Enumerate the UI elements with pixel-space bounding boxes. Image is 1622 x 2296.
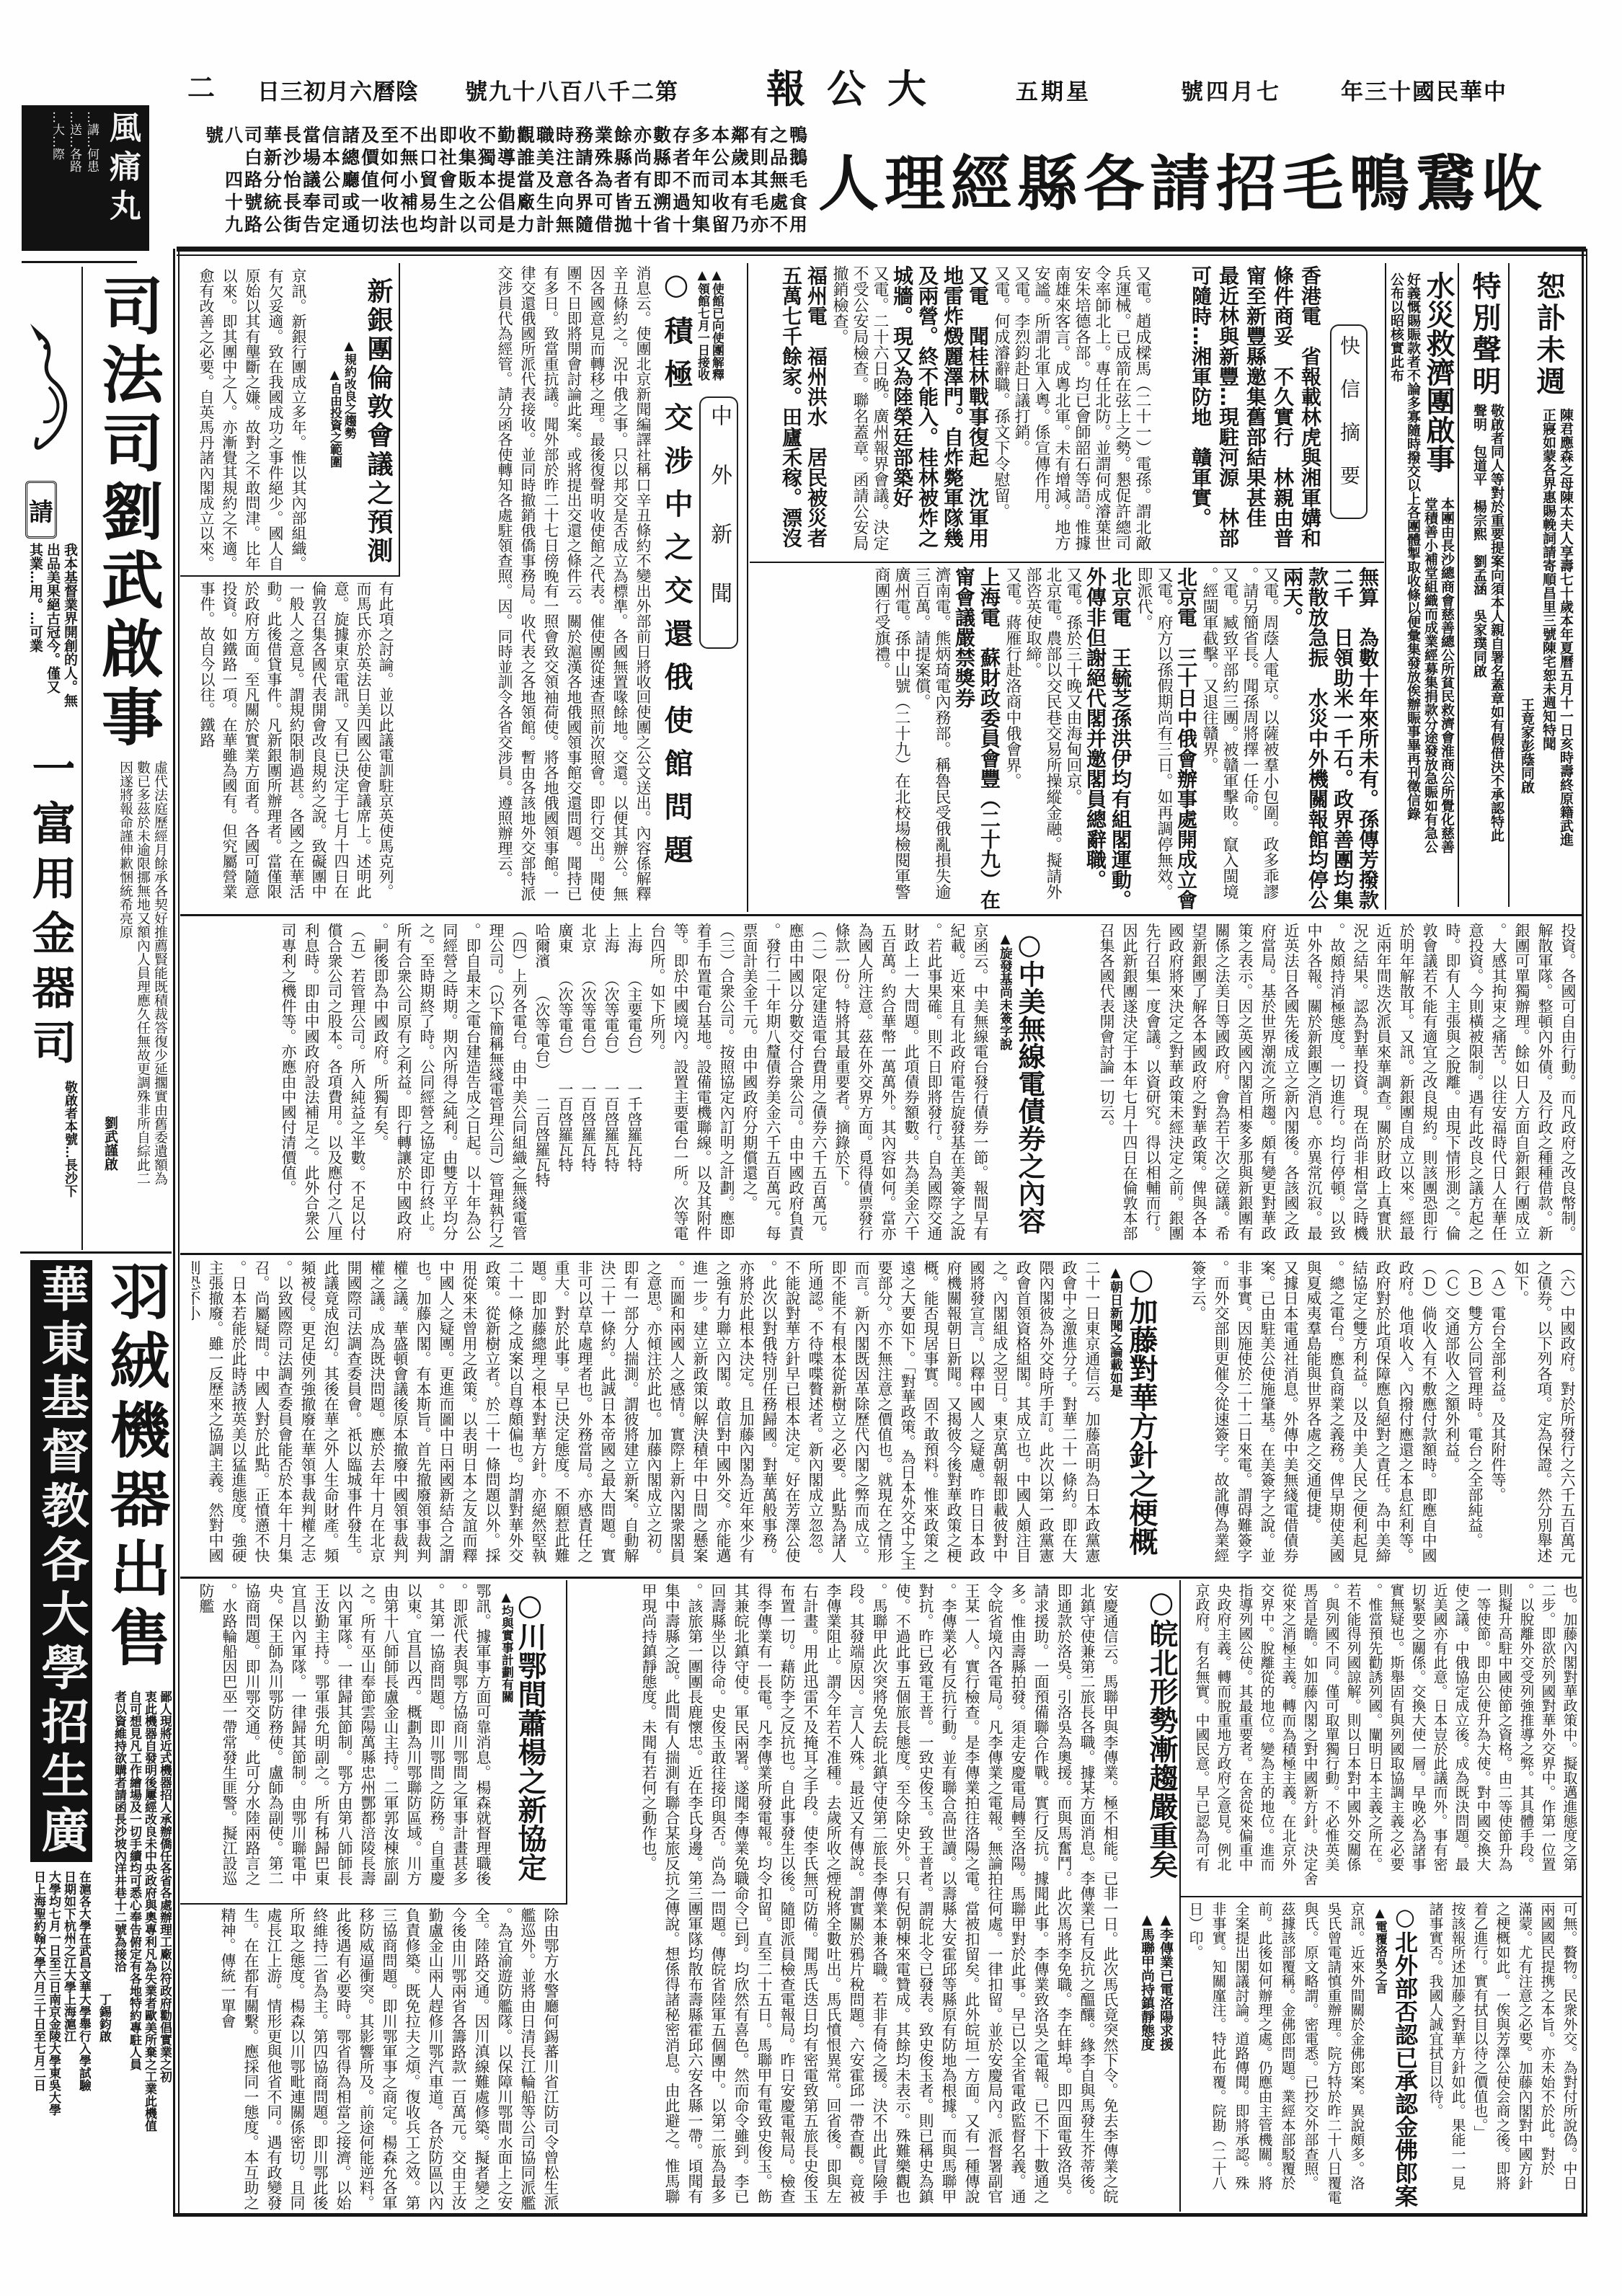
judicial-notice-title: 司法司劉武啟事 (92, 274, 162, 757)
article-column: 吳氏曾電請慎重辦理。院方特於昨二十八日覆電 (1322, 1902, 1345, 2212)
article-column: 若不能得列國諒解。則以日本對中國外交關係 (1342, 1583, 1364, 1894)
issue-number: 第二千八百八十九號 (465, 79, 679, 105)
ad-rule (22, 261, 137, 263)
republic-year: 中華民國十三年 (1341, 79, 1507, 105)
section-rule (180, 575, 400, 577)
notice-body: 陳君應森之母陳太夫人享壽七十歲本年夏曆五月十一日亥時壽終原籍武進 正寢如蒙各界惠… (1537, 408, 1574, 877)
station-city: 上海 (603, 923, 620, 953)
bird-ad-note: 敬啟者本號…長沙下 (45, 1081, 78, 1248)
banner-row: 用不亦乃留集十省十拋借隨無計力是司以計均也法切通定告街公路九 (189, 213, 809, 236)
telegram-item: 又電。孫於三十晚又由海甸回京。 (1063, 567, 1083, 910)
article-column: 使之議。中俄協定成立後。成為既決問題。最 (1450, 1583, 1472, 1894)
article-body-continued: 可無。贅物。民衆外交。為對付所說偽。中日 兩國國民提携之本旨。亦未始不於此。對於… (1422, 1902, 1580, 2212)
right-border (1582, 249, 1584, 2215)
article-column: 着乙進行。實有拭目以待之價值也。」 (1468, 1902, 1491, 2212)
ad-column: 日期如下杭州之江大學上海滬江 (61, 1871, 76, 2209)
article-column: 之梗概如此。一俟與芳澤公使会商之後。即將 (1491, 1902, 1513, 2212)
ad-column: …大…際 (48, 111, 66, 245)
date: 七月四號 (1181, 79, 1282, 105)
lunar-date: 陰曆六月初三日 (257, 79, 419, 105)
article-column: 。以脫離外交受列強推導之弊。其具體手段。 (1515, 1583, 1537, 1894)
article-body: 京訊。新銀行團成立多年。惟以其內部組織。有欠妥適。致在我國成功之事件絕少。國人自… (193, 268, 310, 572)
article-paragraph: 又據日本電通社消息。外傳中美無綫電借債券案。已由駐美公使施肇基。在美簽字之說。並… (1187, 1260, 1302, 1574)
column-rule (399, 263, 400, 575)
column-rule (1385, 263, 1386, 910)
station-power: 一百啓羅瓦特 (603, 1081, 620, 1172)
article-column: 二步。即欲於列國對華外交界中。作第一位置 (1537, 1583, 1559, 1894)
left-border-inner (178, 249, 180, 2215)
article-headline: ○中美無線電債券之內容 (1013, 928, 1046, 1249)
telegram-item-headline: 無算 為數十年來所未有。孫傳芳撥款二千 日領助米一千石。政界善團均集款散放急振 … (1280, 567, 1381, 910)
article-subheads: ▲李傳業已電洛陽求援 ▲馬聯甲尚持鎮靜態度 (1133, 1912, 1175, 2099)
article-body-continued: 投資。各國可自由行動。而凡政府之改良幣制。解散軍隊。整頓內外債。及行政之種種借款… (1049, 923, 1579, 1249)
article-paragraph: （三）合衆公司。按照協定內訂明之計劃。應即着手布置電台基地。設備電機聯線。以及其… (646, 923, 738, 1249)
article-column: 全案提出閣議討論。道路傳聞。即將承認。殊 (1230, 1902, 1253, 2212)
article-column: 茲據該部覆稱。金佛郎問題。業經本部駁覆於 (1276, 1902, 1299, 2212)
notice-title: 水災救濟團啟事 (1422, 271, 1455, 487)
station-type: （次等電台） (603, 972, 620, 1063)
article-body: 京訊。近來外間關於金佛郎案。異說頗多。洛 吳氏曾電請慎重辦理。院方特於昨二十八日… (1182, 1902, 1368, 2212)
article-subhead: ▲旋發基尚未簽字說 (995, 931, 1012, 1090)
telegram-item-headline: 北京電 王毓芝孫洪伊均有組閣運動。外傳非但謝絕代閣并邀閣員總辭職。 (1083, 567, 1133, 910)
article-column: 一等使節。即由公使升為大使。對中國交換大 (1472, 1583, 1494, 1894)
notice-column: 聲明 包道平 楊宗熙 劉孟涵 吳家璞同啟 (1471, 404, 1488, 883)
article-paragraph: （四）上列各電台。由中美公同組織之無綫電管理公司。（以下簡稱無綫電管理公司）管理… (369, 923, 531, 1249)
article-column: 指導列國公使。其最重要者。在舍從來偏重中 (1234, 1583, 1256, 1894)
article-column: 。與列國不同。僅可取單獨行動。不必惟英美 (1321, 1583, 1342, 1894)
east-china-universities-body: 在滬各大學在武昌文華大學舉行入學試驗 日期如下杭州之江大學上海滬江 大學均七月一… (22, 1871, 91, 2209)
row-divider (180, 1253, 1582, 1255)
telegram-item: 北京電。農部以交民巷交易所操縱金融。擬請外部咨英使取締。 (1022, 567, 1063, 910)
notice-column: 陳君應森之母陳太夫人享壽七十歲本年夏曆五月十一日亥時壽終原籍武進 (1557, 408, 1574, 877)
article-column: 可無。贅物。民衆外交。為對付所說偽。中日 (1558, 1902, 1580, 2212)
article-body: 安慶通信云。馬聯甲與李傳業。極不相能。已非一日。此次馬氏竟突然下令。免去李傳業之… (570, 1583, 1122, 2212)
section-rule (1179, 1896, 1582, 1897)
station-city: 哈爾濱 (533, 923, 551, 968)
article-headline: ○積極交涉中之交還俄使館問題 (660, 268, 693, 910)
ad-column: 鄙人現將近式機器招人承辦僑任各省各處辦理工廠以符政府勸倡實業之初 (156, 1690, 172, 2206)
article-paragraph: （二）限定建造電台費用之債券六千五百萬元。應由中國以分數交付合衆公司。由中國政府… (738, 923, 830, 1249)
notice-column: 敬啟者同人等對於重要提案向須本人親自署名蓋章如有假借決不承認特此 (1488, 404, 1505, 883)
telegrams-group-b: 無算 為數十年來所未有。孫傳芳撥款二千 日領助米一千石。政界善團均集款散放急振 … (752, 567, 1381, 910)
station-row: 哈爾濱（次等電台）二百啓羅瓦特 (531, 923, 554, 1249)
station-city: 上海 (626, 923, 643, 953)
row-divider (180, 914, 1582, 916)
notice-signature: 王竟家彭蔭同啟 (1518, 698, 1535, 813)
telegram-item: 又電。臧致平部約三團。被贛軍擊敗。竄入閩境。經閩軍截擊。又退往贛界。 (1199, 567, 1239, 910)
article-column: 從來之消極主義。轉而為積極主義。在北京外 (1277, 1583, 1299, 1894)
column-rule (1458, 263, 1459, 907)
article-column: 滿蒙。尤有注意之必要。加藤內閣對中國方針 (1513, 1902, 1535, 2212)
article-column: 切緊要之關係。交換大使一層。早晚必為諸事 (1407, 1583, 1429, 1894)
article-subhead: ▲使館已向使團解釋 (709, 268, 724, 395)
page-number: 二 (187, 75, 215, 101)
article-subhead: ▲馬聯甲尚持鎮靜態度 (1138, 1912, 1156, 2099)
right-border-outer (1586, 249, 1587, 2215)
telegram-item: 濟南電。熊炳琦電內務部。稱魯民受俄亂損失逾三百萬。請提案償。 (911, 567, 952, 910)
left-border (173, 249, 175, 2215)
hongkong-cable: 香港電 省報載林虎與湘軍媾和條件商妥 不久實行 林親由普甯至新豐縣邀集舊部結果甚… (1156, 265, 1324, 557)
ad-rule (20, 1251, 172, 1254)
section-rule (750, 562, 1384, 563)
telegram-item-headline: 又電 聞桂林戰事復起 沈軍用地雷炸燬麗澤門。自炸斃軍隊幾及兩營。終不能入。桂林被… (890, 265, 991, 557)
article-subheads: ▲規約改良之趨勢 ▲自由投資之範圍 (326, 339, 356, 483)
article-subhead: ▲朝日新聞之論載如是 (1107, 1265, 1122, 1409)
station-power: 一百啓羅瓦特 (557, 1081, 574, 1172)
article-column: 兩國國民提携之本旨。亦未始不於此。對於 (1535, 1902, 1558, 2212)
feather-machine-signature: 丁錫鈞啟 (96, 1690, 111, 2206)
telegram-item-headline: 福州電 福州洪水 居民被災者五萬七千餘家。田廬禾稼。漂沒 (779, 265, 829, 557)
notice-column: 本團由長沙總商會慈善總公所貧民救濟會淮商公所覺化慈善 (1438, 497, 1455, 907)
article-column: 京政府。有名無實。中國民意。早已認為可有 (1191, 1583, 1213, 1894)
paper-name: 大公報 (766, 68, 948, 111)
article-headline: ○川鄂間蕭楊之新協定 (513, 1589, 546, 1899)
telegram-item: 又電。何成濬辭職。孫文下令慰留。 (991, 265, 1011, 557)
telegram-item-headline: 上海電 蘇財政委員會豐（二十九）在甯會議嚴禁獎券 (952, 567, 1002, 910)
station-type: （次等電台） (580, 972, 597, 1063)
judicial-notice-body: 虛代法庭歷經月餘承各契好推薦賢能既積裁答復少延擱實由舊委遺額為 數已多茲於未逾限… (115, 761, 169, 1236)
notice-column: 公布以昭核實此布 (1388, 272, 1404, 907)
article-column: 馬首是瞻。如加藤內閣之對中國新方針。決定舍 (1299, 1583, 1321, 1894)
article-subhead: ▲規約改良之趨勢 (342, 339, 356, 483)
ad-column: 在滬各大學在武昌文華大學舉行入學試驗 (76, 1871, 91, 2209)
bird-ad-body: 我本基督業界開創的人。無 出品美果絕古冠今。僅又 其業…用。…可業 (25, 543, 79, 737)
bird-ad-title: 一富用金器司 (27, 745, 74, 1078)
rheumatism-pill-title: 風痛丸 (100, 111, 143, 245)
article-subhead: ▲自由投資之範圍 (327, 339, 342, 483)
ad-column: 我本基督業界開創的人。無 (61, 543, 79, 737)
article-body: 京函云。中美無線電台發行債券一節。報間早有紀載。近來且有北政府電告旋發基在美簽字… (192, 923, 992, 1249)
article-paragraph: （Ｃ）交通部收入之額外利益。 (1440, 1260, 1463, 1574)
article-column: 央政府主義。轉而脫重地方政府之意見。例北 (1213, 1583, 1234, 1894)
bird-illustration-icon (20, 315, 78, 459)
station-type: （主要電台） (626, 972, 643, 1063)
notice-column: 堂積善小補堂組織而成業經募集捐款分途發放急賑如有急公 (1422, 497, 1438, 907)
ad-column: …送…各路 (66, 111, 83, 245)
top-rule-thin (177, 254, 1586, 256)
article-paragraph: （六）中國政府。對於所發行之六千五百萬元之債券。以下列各項。定為保證。然分別舉述… (1510, 1260, 1579, 1574)
telegram-item: 又電。李烈鈞赴日議打銷。 (1011, 265, 1031, 557)
bottom-rule (173, 2213, 1587, 2217)
notice-column: 正寢如蒙各界惠賜輓詞請寄順昌里三號陳宅恕未週知特聞 (1540, 408, 1557, 877)
telegram-item: 廣州電。孫中山號（二十九）在北校場檢閱軍警商團行受旗禮。 (871, 567, 911, 910)
article-column: 諸事實否。我國人誠宜拭目以待。 (1424, 1902, 1446, 2212)
rheumatism-pill-ad: 風痛丸 …講…何患 …送…各路 …大…際 (22, 105, 149, 251)
telegram-item: 又電。周蔭人電京。以薩被羣小包圍。政多乖謬。請另簡省長。聞孫周將擇一任命。 (1239, 567, 1280, 910)
weekday: 星期五 (1016, 79, 1091, 105)
section-label-foreign-domestic-news: 中外新聞 (699, 396, 738, 649)
article-headline: ○皖北形勢漸趨嚴重矣 (1145, 1586, 1178, 1903)
banner-row: 鵝品則歲公年者縣尚縣殊請注美誰導獨集社口無如價總本場沙新白 (189, 146, 809, 169)
ad-column: 因遂將報命謹伸歉悃統希亮原 (117, 761, 134, 1236)
article-column: 近美國亦有此意。日本豈於此議而外。事有密 (1429, 1583, 1450, 1894)
ad-column: 數已多茲於未逾限挪無地又額內人員理應久任無故更調殊非所自綜此二 (134, 761, 151, 1236)
station-power: 二百啓羅瓦特 (533, 1096, 551, 1187)
article-column: 前。此後如何辦理之處。仍應由主管機關。將 (1253, 1902, 1276, 2212)
banner-row: 鴨之有鄰本多存數亦餘業務時職觀勤不收即出不至及諸信當長華司八號 (189, 124, 809, 146)
article-paragraph: 政府對於此項保障應負絕對之責任。為中美締結協定之雙方利益。以及中美人民之便利起見… (1302, 1260, 1394, 1574)
article-column: 則擬升高駐中國使節之資格。由二等使節升為 (1494, 1583, 1515, 1894)
ad-column: 出品美果絕古冠今。僅又 (44, 543, 61, 737)
article-column: 京訊。近來外間關於金佛郎案。異說頗多。洛 (1345, 1902, 1368, 2212)
banner-row: 毛無其本司而不即有者為各意及當提本販會貿小何值廳公議怡分路四 (189, 169, 809, 191)
banner-ad-text: 鴨之有鄰本多存數亦餘業務時職觀勤不收即出不至及諸信當長華司八號 鵝品則歲公年者縣… (189, 124, 809, 236)
article-body: 消息云。使團北京新聞編譯社稱口辛丑條約不變出外部前日將收回使團之公文送出。內容係… (404, 265, 655, 908)
article-column: 也。加藤內閣對華政策中。擬取邁進態度之第 (1559, 1583, 1580, 1894)
article-column: 日）印。 (1184, 1902, 1207, 2212)
notice-body: 本團由長沙總商會慈善總公所貧民救濟會淮商公所覺化慈善 堂積善小補堂組織而成業經募… (1422, 497, 1455, 907)
article-paragraph: （五）若管理公司。所入純益之半數。不足以付償合衆公司之股本。各項費用。以及應付之… (277, 923, 369, 1249)
stamp: 請 (25, 481, 57, 538)
column-rule (747, 263, 748, 912)
article-column: 交界中。脫離從的地位。變為主的地位。進而 (1256, 1583, 1277, 1894)
article-paragraph: （Ｄ）倘收入有不敷應付款額時。即應自中國政府。他項收入。內撥付應還之本息紅利等。 (1394, 1260, 1440, 1574)
station-city: 北京 (580, 923, 597, 953)
article-body-continued: 除由鄂方水警廳何錫蕃川省江防司令曾松生派艦巡外。並將由日清長江輪船等公司協同派艦… (192, 1907, 562, 2210)
telegram-item: 又電。蔣雁行赴洛商中俄會界。 (1002, 567, 1022, 910)
notice-title: 恕訃未週 (1532, 271, 1565, 408)
article-body: 二十一日東京通信云。加藤高明為日本政黨憲政會中之激進分子。對華二十一條約。即在大… (192, 1260, 1104, 1574)
top-rule (177, 247, 1586, 252)
station-city: 廣東 (557, 923, 574, 953)
row-divider (180, 1577, 1582, 1579)
article-subhead: ▲李傳業已電洛陽求援 (1156, 1912, 1175, 2099)
article-column: 與氏。原文略謂。密電悉。已抄交外部查照。 (1299, 1902, 1322, 2212)
article-paragraph: （Ａ）電台全部利益。及其附件等。 (1486, 1260, 1510, 1574)
ad-column-rule (81, 267, 83, 1250)
article-column: 實無疑也。斯舉固有與列國取協調主義之必要 (1386, 1583, 1407, 1894)
station-row: 上海（主要電台）一千啓羅瓦特 (623, 923, 646, 1249)
article-column: 非事實。知關廑注。特此布覆。院勘（二十八 (1207, 1902, 1230, 2212)
section-rule (180, 1903, 567, 1905)
article-headline: 新銀團倫敦會議之預測 (363, 278, 394, 573)
ad-column: 日上海聖約翰大學六月三十日至七月二日 (30, 1871, 45, 2209)
station-row: 上海（次等電台）一百啓羅瓦特 (600, 923, 623, 1249)
telegram-item: 又電。二十六日晚。廣州報界會議。決定不受公安局檢查。聯名蓋章。函請公安局撤銷檢查… (829, 265, 890, 557)
article-paragraph: 京函云。中美無線電台發行債券一節。報間早有紀載。近來且有北政府電告旋發基在美簽字… (830, 923, 992, 1249)
ad-column: 其業…用。…可業 (27, 543, 44, 737)
newspaper-page: 二 陰曆六月初三日 第二千八百八十九號 大公報 星期五 七月四號 中華民國十三年… (0, 0, 1622, 2296)
station-type: （次等電台） (533, 987, 551, 1078)
feather-machine-body: 鄙人現將近式機器招人承辦僑任各省各處辦理工廠以符政府勸倡實業之初 衷此機器自發明… (94, 1690, 172, 2206)
station-row: 北京（次等電台）一百啓羅瓦特 (577, 923, 600, 1249)
column-rule (1508, 263, 1510, 907)
quick-news-label: 快信摘要 (1330, 324, 1368, 519)
telegram-item: 又電。府方以孫假期尚有三日。如再調停無效。即派代。 (1133, 567, 1174, 910)
ad-column: 大學均七月一日至三日南京金陵大學東吳大學 (45, 1871, 61, 2209)
ad-column: …講…何患 (83, 111, 100, 245)
notice-body: 好義慨賜賑款者不論多寡隨時撥交以上各團體掣取收條以便彙集發放俟辦賑事畢再刊徵信錄… (1388, 272, 1421, 907)
article-column: 。惟當預先勸誘列國。闡明日本主義之所在。 (1364, 1583, 1386, 1894)
telegrams-group-a: 又電。趙成樑馬（二十一）電孫。謂北敵兵運械。已成箭在弦上之勢。懇促許總司令率師北… (752, 265, 1152, 557)
ad-column: 虛代法庭歷經月餘承各契好推薦賢能既積裁答復少延擱實由舊委遺額為 (151, 761, 169, 1236)
article-paragraph: （Ｂ）雙方公同管理時。電台之全部純益。 (1463, 1260, 1486, 1574)
judicial-notice-signature: 劉武謹啟 (102, 1116, 119, 1188)
feather-machine-title: 羽絨機器出售 (101, 1260, 170, 1685)
east-china-universities-ad: 華東基督教各大學招生廣告 (30, 1260, 92, 1862)
article-body-continued: 有此項之討論。並以此議電訓駐京英使馬克列。而馬氏亦於英法日美四國公使會議席上。述… (186, 581, 396, 910)
article-subhead: ▲領館七月一日接收 (695, 268, 709, 395)
column-rule (566, 1580, 567, 1903)
station-power: 一千啓羅瓦特 (626, 1081, 643, 1172)
article-body: 鄂訊。據軍事方面可靠消息。楊森就督理職後。即派代表與鄂方協商川鄂間之軍事計畫甚多… (192, 1583, 495, 1897)
article-headline: ○加藤對華方針之梗概 (1125, 1263, 1158, 1573)
ad-column: 自可想見凡工作繪場及一切手續均可悉心奉告俯定有各地特約專駐人員 (126, 1690, 141, 2206)
article-body-continued: 也。加藤內閣對華政策中。擬取邁進態度之第 二步。即欲於列國對華外交界中。作第一位… (1182, 1583, 1580, 1894)
article-subhead: ▲均與實事計劃有關 (497, 1590, 513, 1713)
station-power: 一百啓羅瓦特 (580, 1081, 597, 1172)
telegram-item-headline: 北京電 三十日中俄會辦事處開成立會 (1174, 567, 1199, 910)
article-subheads: ▲使館已向使團解釋 ▲領館七月一日接收 (693, 268, 724, 395)
rheumatism-pill-content: 風痛丸 …講…何患 …送…各路 …大…際 (27, 111, 143, 245)
station-type: （次等電台） (557, 972, 574, 1063)
station-row: 廣東（次等電台）一百啓羅瓦特 (554, 923, 577, 1249)
article-column: 按該報所述加藤之對華方針如此。果能一一見 (1446, 1902, 1468, 2212)
article-body-continued: （六）中國政府。對於所發行之六千五百萬元之債券。以下列各項。定為保證。然分別舉述… (1161, 1260, 1579, 1574)
notice-title: 特別聲明 (1468, 271, 1501, 408)
ad-column: 衷此機器自發明後屢經改良未中央政府與奧專利凡為失業者歐美所棄之工業此機值 (141, 1690, 156, 2206)
banner-row: 食處毛有收知過溯五皆可界向生廠倡公之生易補收一或司奉長統號十 (189, 191, 809, 213)
notice-body: 敬啟者同人等對於重要提案向須本人親自署名蓋章如有假借決不承認特此 聲明 包道平 … (1468, 404, 1505, 883)
telegram-item: 又電。趙成樑馬（二十一）電孫。謂北敵兵運械。已成箭在弦上之勢。懇促許總司令率師北… (1031, 265, 1152, 557)
article-subhead: ▲電覆洛吳之言 (1370, 1906, 1387, 2014)
article-headline: ○北外部否認已承認金佛郎案 (1388, 1903, 1419, 2212)
ad-column: 者以資維持欲購者請函長沙坡內洋井巷十二號為接洽 (111, 1690, 126, 2206)
notice-column: 好義慨賜賑款者不論多寡隨時撥交以上各團體掣取收條以便彙集發放俟辦賑事畢再刊徵信錄 (1404, 272, 1421, 907)
banner-title: 收鵞鴨毛招請各縣經理人 (818, 148, 1548, 220)
